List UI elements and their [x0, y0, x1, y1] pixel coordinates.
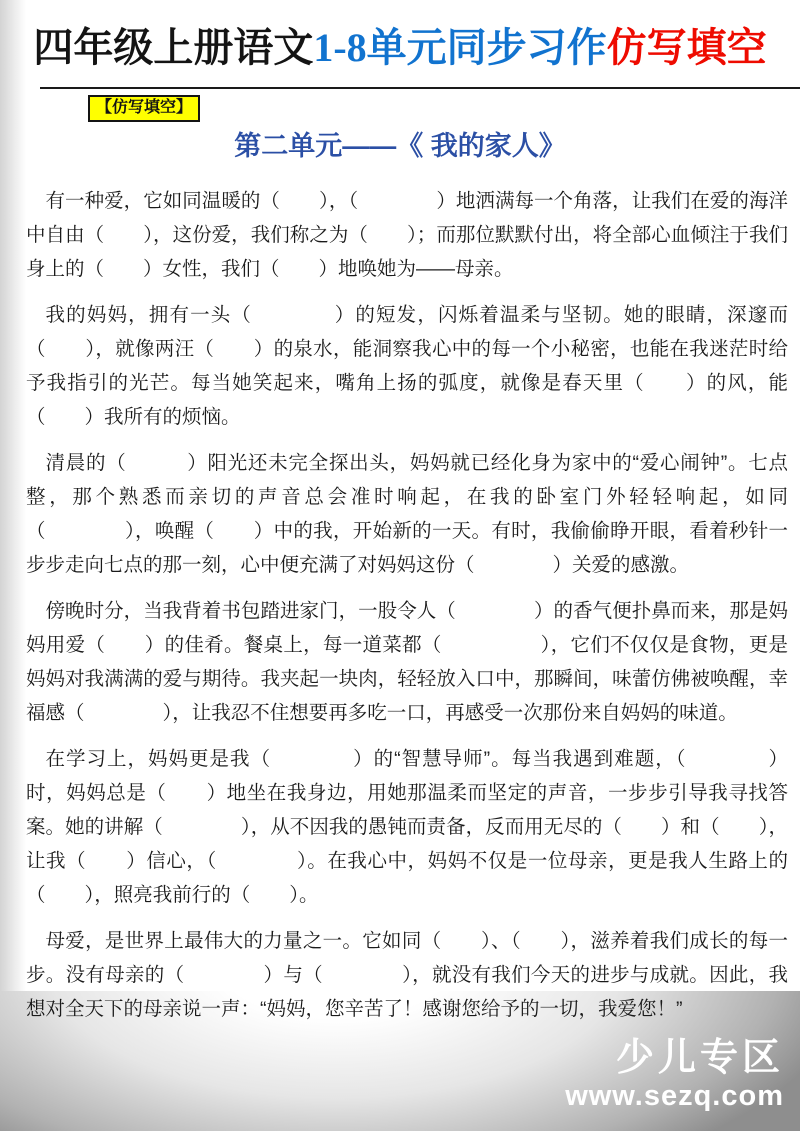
paragraph-1: 有一种爱，它如同温暖的（ ），（ ）地洒满每一个角落，让我们在爱的海洋中自由（ …: [26, 184, 788, 286]
paragraph-3: 清晨的（ ）阳光还未完全探出头，妈妈就已经化身为家中的“爱心闹钟”。七点整，那个…: [26, 446, 788, 582]
title-part-topic: 仿写填空: [607, 25, 767, 70]
title-part-units: 1-8单元同步习作: [313, 25, 606, 70]
watermark-brand: 少儿专区: [0, 1037, 784, 1079]
watermark-url: www.sezq.com: [0, 1079, 784, 1113]
title-part-grade: 四年级上册语文: [33, 25, 313, 70]
watermark: 少儿专区 www.sezq.com: [0, 1037, 800, 1113]
paragraph-5: 在学习上，妈妈更是我（ ）的“智慧导师”。每当我遇到难题，（ ）时，妈妈总是（ …: [26, 742, 788, 912]
paragraph-2: 我的妈妈，拥有一头（ ）的短发，闪烁着温柔与坚韧。她的眼睛，深邃而（ ），就像两…: [26, 298, 788, 434]
unit-subtitle: 第二单元——《 我的家人》: [0, 130, 800, 163]
paragraph-4: 傍晚时分，当我背着书包踏进家门，一股令人（ ）的香气便扑鼻而来，那是妈妈用爱（ …: [26, 594, 788, 730]
worksheet-page: 少儿专区 www.sezq.com 四年级上册语文1-8单元同步习作仿写填空 【…: [0, 0, 800, 1131]
paragraph-6: 母爱，是世界上最伟大的力量之一。它如同（ ）、（ ），滋养着我们成长的每一步。没…: [26, 924, 788, 1026]
fill-blank-badge: 【仿写填空】: [88, 95, 200, 122]
worksheet-body: 有一种爱，它如同温暖的（ ），（ ）地洒满每一个角落，让我们在爱的海洋中自由（ …: [0, 184, 800, 1026]
page-title: 四年级上册语文1-8单元同步习作仿写填空: [0, 0, 800, 72]
